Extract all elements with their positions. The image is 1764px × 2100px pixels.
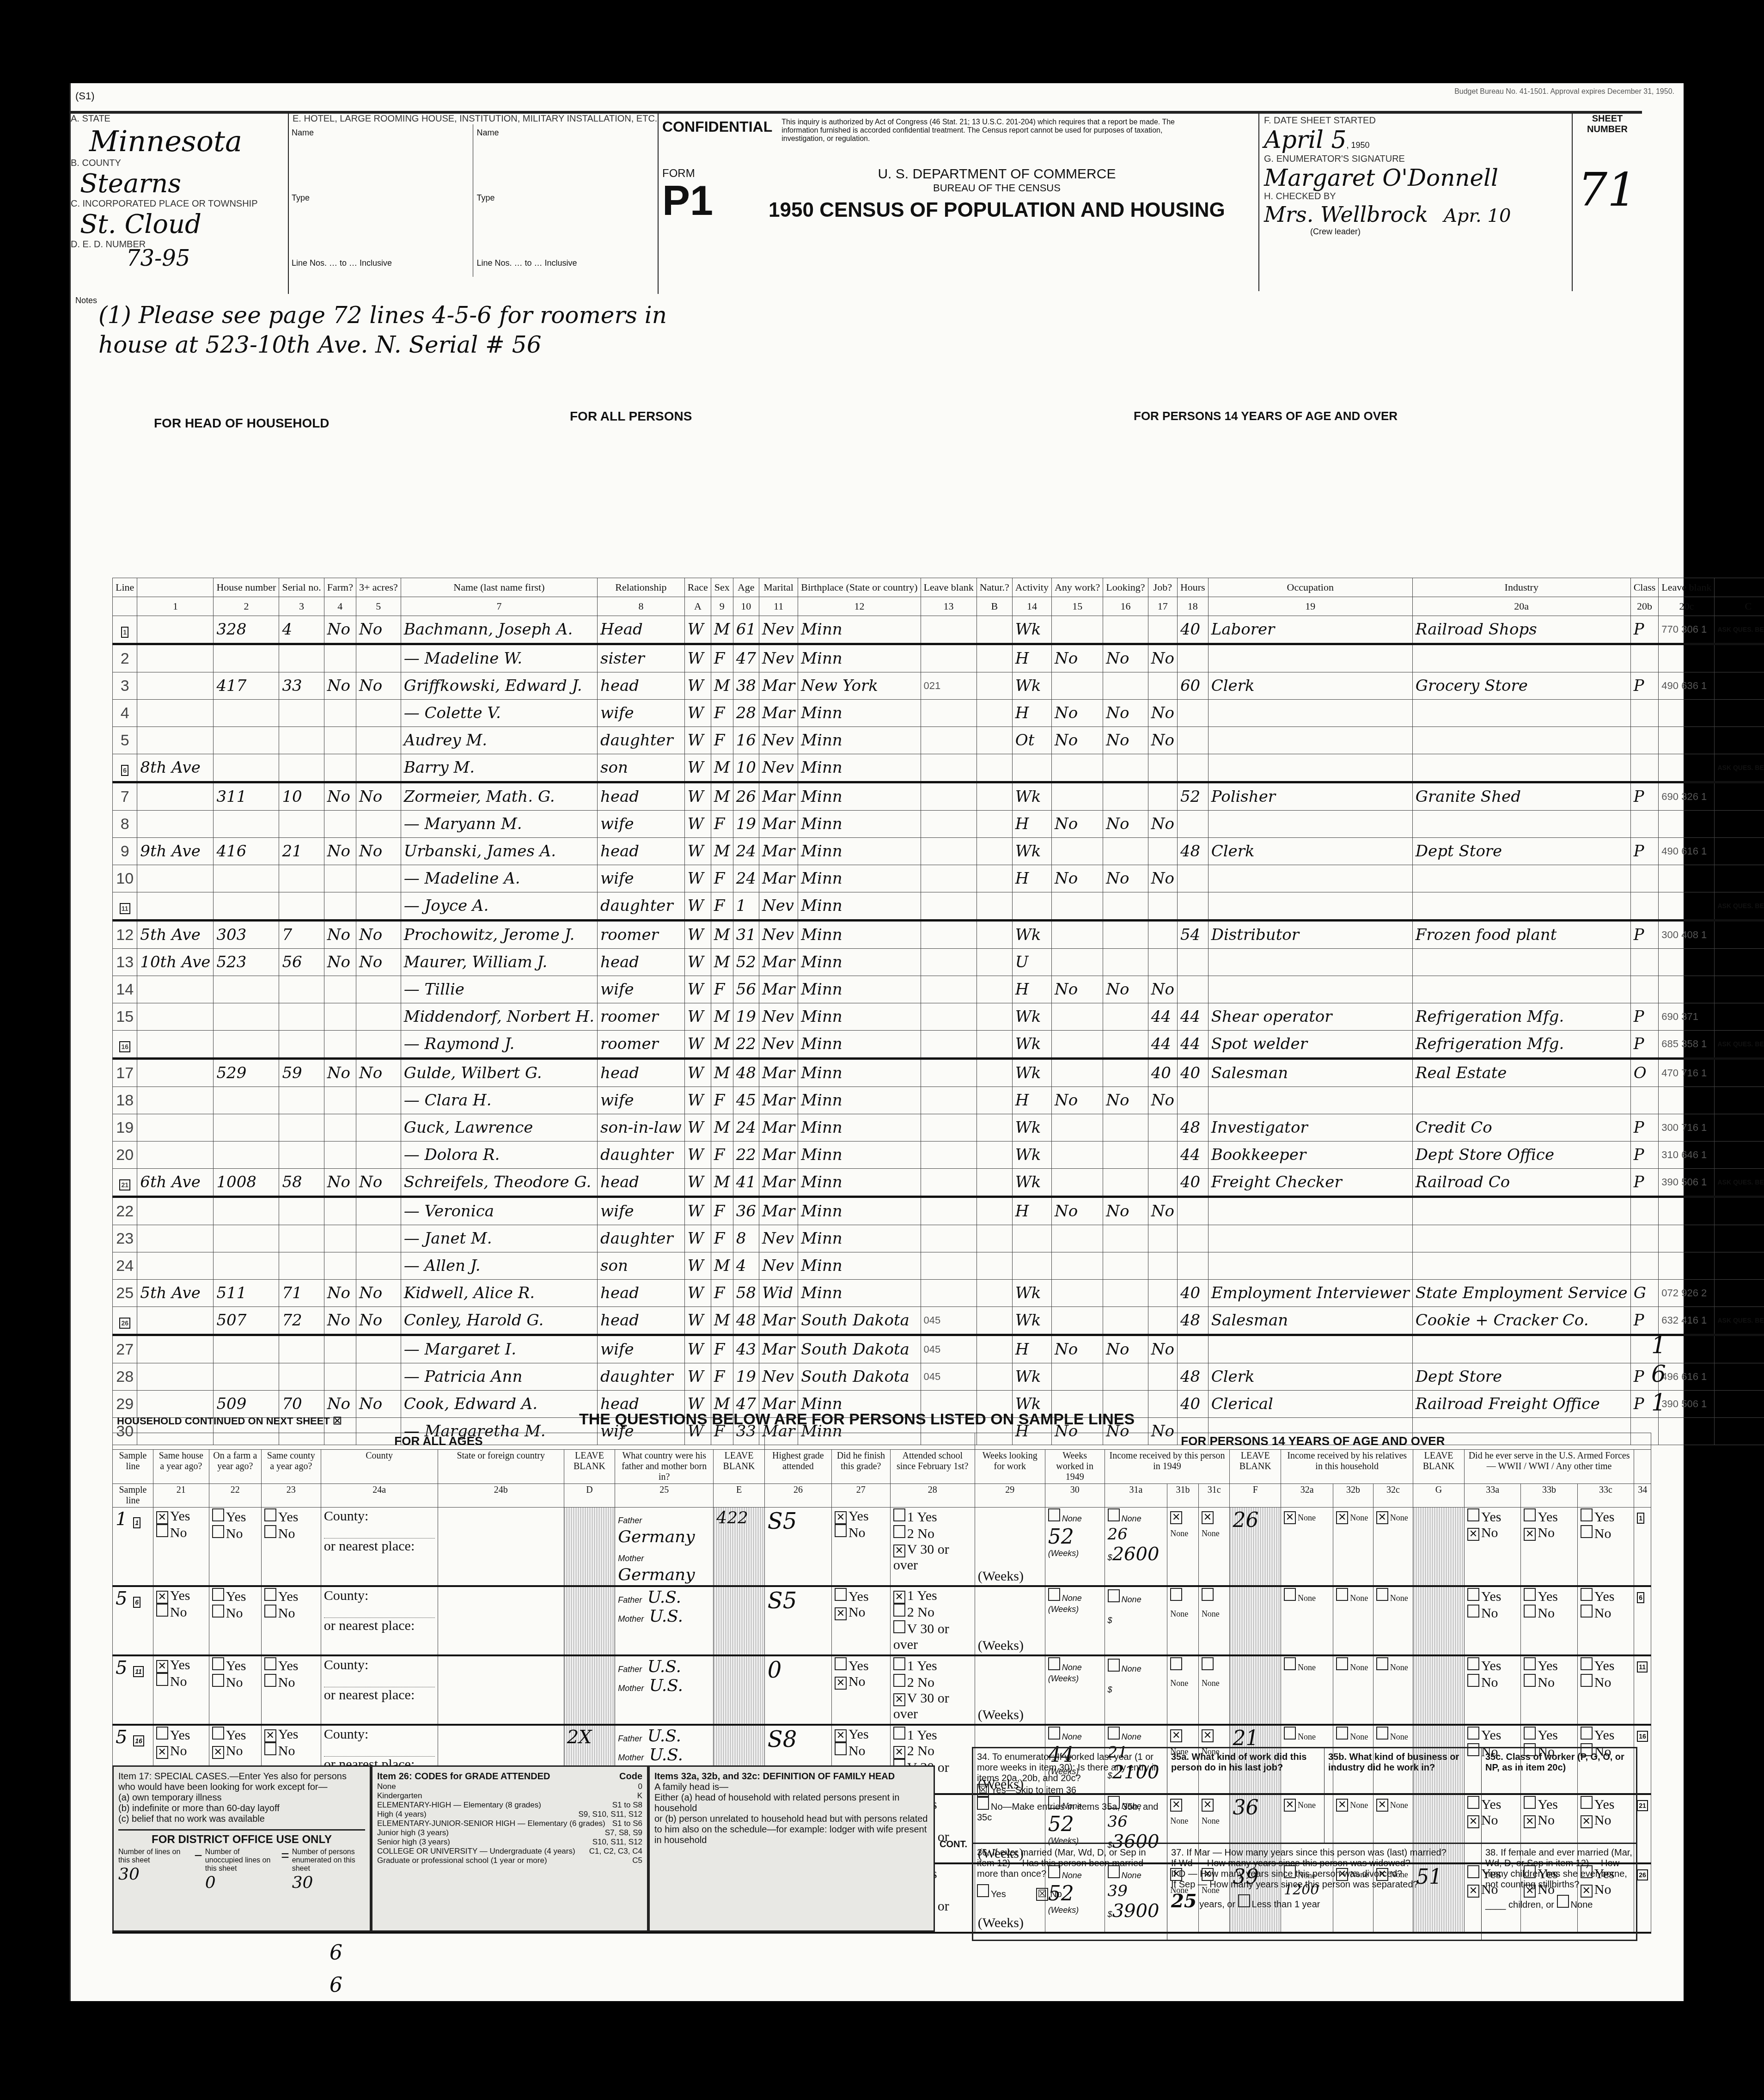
q33b-ww1: YesNo xyxy=(1521,1655,1577,1725)
q22: YesNo xyxy=(209,1586,261,1655)
none-checkbox[interactable] xyxy=(1202,1657,1214,1670)
age: 19 xyxy=(733,811,759,838)
grade-code-value: S10, S11, S12 xyxy=(592,1837,642,1847)
yes-label: Yes xyxy=(1481,1509,1502,1525)
father-birthplace: U.S. xyxy=(647,1657,681,1676)
occupation: Shear operator xyxy=(1208,1003,1412,1031)
marital-status: Nev xyxy=(759,754,798,782)
no-checkbox[interactable] xyxy=(893,1604,905,1617)
q31c-other-income: ✕None xyxy=(1198,1508,1230,1587)
q24b-state[interactable] xyxy=(438,1586,564,1655)
yes-label: Yes xyxy=(848,1589,869,1604)
yes-checkbox[interactable] xyxy=(835,1657,847,1670)
yes-checkbox[interactable] xyxy=(212,1508,224,1521)
yes-label: Yes xyxy=(170,1728,190,1743)
occupation-code xyxy=(1659,811,1715,838)
occupation-code xyxy=(1659,865,1715,892)
occupation xyxy=(1208,949,1412,976)
no-checkbox[interactable]: ✕ xyxy=(1524,1528,1536,1541)
yes-checkbox[interactable] xyxy=(1524,1727,1536,1740)
table-row: 1310th Ave52356NoNoMaurer, William J.hea… xyxy=(113,949,1764,976)
none-checkbox[interactable] xyxy=(1048,1588,1060,1601)
col-num: 13 xyxy=(921,597,977,616)
none-checkbox[interactable] xyxy=(1170,1588,1182,1601)
yes-checkbox[interactable] xyxy=(1524,1508,1536,1521)
no-checkbox[interactable]: ✕ xyxy=(212,1746,224,1759)
yes-label: Yes xyxy=(917,1658,937,1673)
line-nos-label-2: Line Nos. xyxy=(477,258,512,268)
no-checkbox[interactable] xyxy=(212,1674,224,1687)
none-checkbox[interactable] xyxy=(1284,1727,1296,1740)
to-label-2: to xyxy=(525,258,532,268)
item17-c: (c) belief that no work was available xyxy=(118,1814,365,1825)
title-27: Did he finish this grade? xyxy=(831,1450,890,1484)
none-checkbox[interactable] xyxy=(1336,1588,1348,1601)
person-name: Griffkowski, Edward J. xyxy=(401,672,597,700)
none-checkbox[interactable] xyxy=(1108,1659,1120,1672)
q32b-relatives-business: None xyxy=(1333,1586,1373,1655)
class-of-worker xyxy=(1630,811,1659,838)
street-name xyxy=(137,782,214,811)
occupation xyxy=(1208,700,1412,727)
yes-label: Yes xyxy=(226,1728,246,1743)
birth-code xyxy=(921,1280,977,1307)
ask-questions-tag xyxy=(1715,865,1764,892)
race: W xyxy=(684,1031,711,1059)
sample-col-num: 21 xyxy=(153,1484,209,1508)
age: 61 xyxy=(733,616,759,644)
none-checkbox[interactable] xyxy=(1048,1657,1060,1670)
yes-checkbox[interactable]: ✕ xyxy=(835,1511,847,1524)
none-checkbox[interactable]: ✕ xyxy=(1202,1511,1214,1524)
sex: M xyxy=(711,921,733,949)
sample-column-number-row: Sample line21222324a24bD25E262728293031a… xyxy=(113,1484,1651,1508)
col-title-any-work: Any work? xyxy=(1051,578,1103,597)
yes-checkbox[interactable] xyxy=(1467,1508,1479,1521)
yes-checkbox[interactable] xyxy=(156,1727,168,1740)
county-value: Stearns xyxy=(80,169,288,199)
race: W xyxy=(684,1225,711,1252)
father-birthplace: U.S. xyxy=(647,1727,681,1746)
thirty-checkbox[interactable] xyxy=(893,1620,905,1633)
col-title-birthplace: Birthplace (State or country) xyxy=(798,578,921,597)
age: 38 xyxy=(733,672,759,700)
occupation-code xyxy=(1659,1197,1715,1225)
relationship: wife xyxy=(598,700,685,727)
industry: Frozen food plant xyxy=(1412,921,1630,949)
has-job xyxy=(1148,1225,1177,1252)
no-checkbox[interactable]: ✕ xyxy=(835,1677,847,1690)
dollar-sign: $ xyxy=(1108,1553,1112,1562)
birth-code xyxy=(921,1114,977,1142)
line-number: 18 xyxy=(113,1087,137,1114)
yes-checkbox[interactable]: ✕ xyxy=(156,1591,168,1604)
q36-no-checkbox[interactable]: ☒ xyxy=(1036,1888,1048,1901)
title-f: LEAVE BLANK xyxy=(1230,1450,1281,1484)
none-checkbox[interactable]: ✕ xyxy=(1336,1511,1348,1524)
serial-number: 70 xyxy=(279,1391,324,1418)
yes-checkbox[interactable] xyxy=(212,1588,224,1601)
no-checkbox[interactable] xyxy=(1524,1674,1536,1687)
none-checkbox[interactable] xyxy=(1336,1657,1348,1670)
yes-checkbox[interactable] xyxy=(893,1727,905,1740)
thirty-checkbox[interactable]: ✕ xyxy=(893,1693,905,1706)
person-name: — Joyce A. xyxy=(401,892,597,921)
activity: H xyxy=(1012,1087,1051,1114)
occupation-code: 470 716 1 xyxy=(1659,1059,1715,1087)
birthplace: Minn xyxy=(798,1114,921,1142)
race: W xyxy=(684,754,711,782)
occupation: Polisher xyxy=(1208,782,1412,811)
q36-yes-checkbox[interactable] xyxy=(977,1884,989,1897)
relationship: roomer xyxy=(598,921,685,949)
place-value: St. Cloud xyxy=(80,209,288,239)
sample-section-title: THE QUESTIONS BELOW ARE FOR PERSONS LIST… xyxy=(579,1410,1135,1428)
looking-for-work xyxy=(1103,1307,1148,1335)
sample-col-num: 31b xyxy=(1167,1484,1199,1508)
person-name: — Maryann M. xyxy=(401,811,597,838)
industry xyxy=(1412,727,1630,754)
no-checkbox[interactable] xyxy=(264,1742,276,1755)
yes-checkbox[interactable]: ✕ xyxy=(893,1591,905,1604)
q25-parents-birthplace: Father U.S.Mother U.S. xyxy=(615,1655,714,1725)
birthplace: New York xyxy=(798,672,921,700)
activity: Wk xyxy=(1012,672,1051,700)
none-checkbox[interactable] xyxy=(1048,1508,1060,1521)
no-label: No xyxy=(917,1605,934,1620)
farm-answer xyxy=(324,1003,356,1031)
any-work: No xyxy=(1051,811,1103,838)
title-33: Did he ever serve in the U.S. Armed Forc… xyxy=(1464,1450,1634,1484)
line-number-text: 8 xyxy=(121,815,129,833)
col-title-name: Name (last name first) xyxy=(401,578,597,597)
person-name: Schreifels, Theodore G. xyxy=(401,1169,597,1197)
yes-checkbox[interactable] xyxy=(1524,1657,1536,1670)
person-name: Maurer, William J. xyxy=(401,949,597,976)
marital-status: Mar xyxy=(759,1169,798,1197)
leave-blank-e xyxy=(714,1586,765,1655)
no-checkbox[interactable] xyxy=(264,1525,276,1538)
none-checkbox[interactable] xyxy=(1108,1508,1120,1521)
birth-code xyxy=(921,865,977,892)
none-checkbox[interactable] xyxy=(1336,1727,1348,1740)
no-checkbox[interactable] xyxy=(835,1742,847,1755)
no-checkbox[interactable]: ✕ xyxy=(893,1746,905,1759)
industry xyxy=(1412,1087,1630,1114)
naturalized xyxy=(977,892,1012,921)
yes-label: Yes xyxy=(226,1589,246,1604)
no-checkbox[interactable] xyxy=(893,1525,905,1538)
grade-code-value: C1, C2, C3, C4 xyxy=(589,1847,642,1856)
yes-checkbox[interactable] xyxy=(264,1508,276,1521)
looking-for-work: No xyxy=(1103,1335,1148,1363)
none-checkbox[interactable] xyxy=(1048,1727,1060,1740)
person-name: Guck, Lawrence xyxy=(401,1114,597,1142)
no-checkbox[interactable] xyxy=(1581,1605,1593,1618)
no-checkbox[interactable]: ✕ xyxy=(1467,1528,1479,1541)
yes-checkbox[interactable]: ✕ xyxy=(835,1729,847,1742)
acres-answer xyxy=(356,976,401,1003)
yes-label: Yes xyxy=(1538,1509,1558,1525)
occupation: Investigator xyxy=(1208,1114,1412,1142)
yes-checkbox[interactable] xyxy=(1581,1508,1593,1521)
industry xyxy=(1412,976,1630,1003)
no-label: No xyxy=(170,1674,187,1689)
table-row: 28— Patricia AnndaughterWF19NevSouth Dak… xyxy=(113,1363,1764,1391)
looking-for-work xyxy=(1103,892,1148,921)
household-continued-label: HOUSEHOLD CONTINUED ON NEXT SHEET xyxy=(117,1415,330,1427)
acres-answer xyxy=(356,1335,401,1363)
none-checkbox[interactable] xyxy=(1376,1588,1388,1601)
line-number: 7 xyxy=(113,782,137,811)
activity: U xyxy=(1012,949,1051,976)
none-checkbox[interactable] xyxy=(1202,1588,1214,1601)
ed-number: 73-95 xyxy=(126,245,288,271)
yes-checkbox[interactable] xyxy=(893,1508,905,1521)
col-title-house: House number xyxy=(214,578,279,597)
naturalized xyxy=(977,672,1012,700)
none-checkbox[interactable]: ✕ xyxy=(1170,1511,1182,1524)
q32b-relatives-business: None xyxy=(1333,1655,1373,1725)
yes-checkbox[interactable] xyxy=(1581,1727,1593,1740)
title-25: What country were his father and mother … xyxy=(615,1450,714,1484)
activity xyxy=(1012,1225,1051,1252)
industry: Railroad Shops xyxy=(1412,616,1630,644)
none-checkbox[interactable] xyxy=(1108,1589,1120,1602)
occupation-code xyxy=(1659,892,1715,921)
activity: H xyxy=(1012,700,1051,727)
no-checkbox[interactable] xyxy=(156,1673,168,1686)
birth-code xyxy=(921,1059,977,1087)
sample-line-number: 6 xyxy=(1637,1592,1644,1603)
yes-checkbox[interactable]: ✕ xyxy=(156,1660,168,1673)
age: 43 xyxy=(733,1335,759,1363)
none-checkbox[interactable] xyxy=(1284,1588,1296,1601)
sample-col-num: 24a xyxy=(321,1484,438,1508)
no-checkbox[interactable] xyxy=(264,1605,276,1618)
hours-worked xyxy=(1177,1252,1208,1280)
naturalized xyxy=(977,1059,1012,1087)
yes-label: Yes xyxy=(917,1728,937,1743)
yes-checkbox[interactable] xyxy=(1581,1588,1593,1601)
grade-codes-title: Item 26: CODES for GRADE ATTENDED xyxy=(377,1771,550,1782)
q34-yes-checkbox[interactable]: ☒ xyxy=(977,1784,989,1797)
naturalized xyxy=(977,1169,1012,1197)
sample-line-number: 1 xyxy=(133,1517,140,1528)
yes-checkbox[interactable]: ✕ xyxy=(264,1729,276,1742)
title-d: LEAVE BLANK xyxy=(564,1450,615,1484)
birthplace: Minn xyxy=(798,700,921,727)
sample-persons-14-heading: FOR PERSONS 14 YEARS OF AGE AND OVER xyxy=(975,1433,1651,1450)
none-label: None xyxy=(1390,1513,1408,1522)
yes-label: Yes xyxy=(917,1588,937,1603)
line-number: 20 xyxy=(113,1142,137,1169)
no-checkbox[interactable] xyxy=(212,1525,224,1538)
family-head-l2: Either (a) head of household with relate… xyxy=(654,1793,929,1814)
none-checkbox[interactable] xyxy=(1170,1657,1182,1670)
marital-status: Nev xyxy=(759,892,798,921)
no-checkbox[interactable]: ✕ xyxy=(835,1607,847,1620)
q37-less-checkbox[interactable] xyxy=(1238,1894,1250,1907)
no-checkbox[interactable] xyxy=(212,1605,224,1618)
none-checkbox[interactable]: ✕ xyxy=(1202,1729,1214,1742)
looking-for-work xyxy=(1103,1363,1148,1391)
occupation: Salesman xyxy=(1208,1307,1412,1335)
no-checkbox[interactable] xyxy=(156,1604,168,1617)
yes-checkbox[interactable] xyxy=(212,1657,224,1670)
no-label: No xyxy=(917,1526,934,1541)
line-number: 2 xyxy=(113,644,137,672)
household-continued-checkbox[interactable]: ☒ xyxy=(333,1415,342,1427)
activity: Wk xyxy=(1012,1169,1051,1197)
industry xyxy=(1412,892,1630,921)
birthplace: Minn xyxy=(798,865,921,892)
ask-questions-tag xyxy=(1715,1280,1764,1307)
yes-checkbox[interactable] xyxy=(264,1588,276,1601)
relationship: roomer xyxy=(598,1031,685,1059)
col-title-looking: Looking? xyxy=(1103,578,1148,597)
yes-checkbox[interactable] xyxy=(835,1588,847,1601)
col-title-relationship: Relationship xyxy=(598,578,685,597)
institution-box: e. HOTEL, LARGE ROOMING HOUSE, INSTITUTI… xyxy=(288,111,659,294)
looking-for-work: No xyxy=(1103,865,1148,892)
relationship: Head xyxy=(598,616,685,644)
no-label: No xyxy=(1594,1606,1611,1621)
activity: Wk xyxy=(1012,1031,1051,1059)
birthplace: Minn xyxy=(798,1225,921,1252)
activity: H xyxy=(1012,1197,1051,1225)
grade-code-row: Junior high (3 years)S7, S8, S9 xyxy=(377,1828,642,1837)
hours-worked xyxy=(1177,811,1208,838)
yes-checkbox[interactable] xyxy=(1524,1588,1536,1601)
race: W xyxy=(684,1114,711,1142)
sample-line-marker: 6 xyxy=(121,765,128,776)
table-row: 14— TilliewifeWF56MarMinnHNoNoNo xyxy=(113,976,1764,1003)
class-of-worker: P xyxy=(1630,1031,1659,1059)
no-label: No xyxy=(1481,1525,1498,1540)
q34-no-checkbox[interactable] xyxy=(977,1797,989,1810)
none-label: None xyxy=(1170,1529,1188,1538)
col-num: 17 xyxy=(1148,597,1177,616)
none-checkbox[interactable] xyxy=(1108,1727,1120,1740)
birth-code xyxy=(921,949,977,976)
none-checkbox[interactable] xyxy=(1376,1657,1388,1670)
none-checkbox[interactable] xyxy=(1284,1657,1296,1670)
yes-checkbox[interactable] xyxy=(264,1657,276,1670)
yes-checkbox[interactable] xyxy=(1467,1657,1479,1670)
extra-mark-2: 6 xyxy=(330,1973,342,1997)
yes-checkbox[interactable] xyxy=(1581,1657,1593,1670)
thirty-checkbox[interactable]: ✕ xyxy=(893,1544,905,1557)
yes-checkbox[interactable] xyxy=(1467,1727,1479,1740)
acres-answer xyxy=(356,727,401,754)
no-checkbox[interactable] xyxy=(156,1524,168,1537)
street-name xyxy=(137,1335,214,1363)
birthplace: Minn xyxy=(798,1031,921,1059)
age: 16 xyxy=(733,727,759,754)
no-checkbox[interactable] xyxy=(1467,1674,1479,1687)
person-name: Gulde, Wilbert G. xyxy=(401,1059,597,1087)
none-label: None xyxy=(1350,1663,1368,1672)
table-row: 27— Margaret I.wifeWF43MarSouth Dakota04… xyxy=(113,1335,1764,1363)
age: 31 xyxy=(733,921,759,949)
line-number-text: 22 xyxy=(116,1203,134,1220)
yes-checkbox[interactable] xyxy=(1467,1588,1479,1601)
no-checkbox[interactable] xyxy=(1581,1525,1593,1538)
naturalized xyxy=(977,616,1012,644)
table-row: 2650772NoNoConley, Harold G.headWM48MarS… xyxy=(113,1307,1764,1335)
grade-code-row: KindergartenK xyxy=(377,1791,642,1801)
line-number: 3 xyxy=(113,672,137,700)
q37-l1: 37. If Mar — How many years since this p… xyxy=(1171,1848,1477,1858)
grade-code-row: High (4 years)S9, S10, S11, S12 xyxy=(377,1810,642,1819)
no-checkbox[interactable] xyxy=(1524,1605,1536,1618)
table-row: 255th Ave51171NoNoKidwell, Alice R.headW… xyxy=(113,1280,1764,1307)
none-checkbox[interactable] xyxy=(1376,1727,1388,1740)
line-number: 26 xyxy=(113,1307,137,1335)
hours-worked: 48 xyxy=(1177,1307,1208,1335)
q24b-state[interactable] xyxy=(438,1655,564,1725)
q38-none-checkbox[interactable] xyxy=(1557,1895,1569,1908)
any-work xyxy=(1051,949,1103,976)
none-label: None xyxy=(1298,1732,1316,1741)
any-work: No xyxy=(1051,700,1103,727)
serial-number xyxy=(279,1114,324,1142)
no-checkbox[interactable] xyxy=(1581,1674,1593,1687)
state-label: a. STATE xyxy=(71,114,288,124)
yes-checkbox[interactable] xyxy=(212,1727,224,1740)
line-number-text: 2 xyxy=(121,650,129,667)
person-name: Audrey M. xyxy=(401,727,597,754)
class-of-worker: P xyxy=(1630,672,1659,700)
farm-answer: No xyxy=(324,1169,356,1197)
looking-for-work: No xyxy=(1103,700,1148,727)
sample-col-num: 33a xyxy=(1464,1484,1520,1508)
birthplace: Minn xyxy=(798,838,921,865)
q37-years-label: years, or xyxy=(1199,1899,1235,1910)
hours-worked: 40 xyxy=(1177,1169,1208,1197)
yes-checkbox[interactable] xyxy=(893,1657,905,1670)
q32c-relatives-other: None xyxy=(1373,1586,1413,1655)
ask-questions-tag xyxy=(1715,1197,1764,1225)
none-checkbox[interactable]: ✕ xyxy=(1284,1511,1296,1524)
age: 24 xyxy=(733,838,759,865)
none-checkbox[interactable]: ✕ xyxy=(1170,1729,1182,1742)
yes-checkbox[interactable]: ✕ xyxy=(156,1511,168,1524)
activity: H xyxy=(1012,644,1051,672)
none-checkbox[interactable]: ✕ xyxy=(1376,1511,1388,1524)
weeks-label: (Weeks) xyxy=(978,1638,1024,1653)
no-checkbox[interactable]: ✕ xyxy=(156,1746,168,1759)
no-checkbox[interactable] xyxy=(893,1674,905,1687)
no-checkbox[interactable] xyxy=(1467,1605,1479,1618)
q24b-state[interactable] xyxy=(438,1508,564,1587)
acres-answer xyxy=(356,811,401,838)
farm-answer xyxy=(324,892,356,921)
occupation-code: 632 416 1 xyxy=(1659,1307,1715,1335)
no-checkbox[interactable] xyxy=(264,1674,276,1687)
table-row: 1752959NoNoGulde, Wilbert G.headWM48MarM… xyxy=(113,1059,1764,1087)
house-number xyxy=(214,976,279,1003)
no-checkbox[interactable] xyxy=(835,1524,847,1537)
has-job xyxy=(1148,1169,1177,1197)
has-job: No xyxy=(1148,811,1177,838)
serial-number xyxy=(279,754,324,782)
age: 41 xyxy=(733,1169,759,1197)
q32a-relatives-wages: ✕None xyxy=(1281,1508,1333,1587)
tally-mark: 1 xyxy=(116,1508,127,1530)
birthplace: Minn xyxy=(798,616,921,644)
